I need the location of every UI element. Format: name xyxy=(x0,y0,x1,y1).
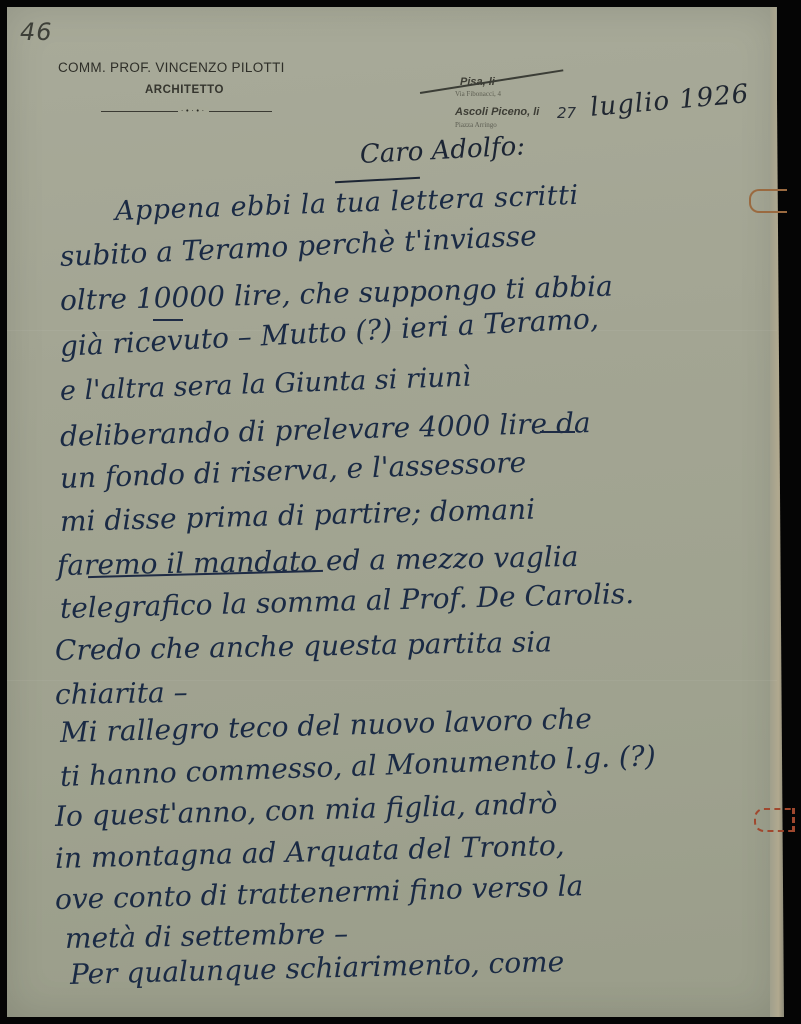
underline-10000 xyxy=(153,319,183,321)
scanned-letter: 46 COMM. PROF. VINCENZO PILOTTI ARCHITET… xyxy=(0,0,801,1024)
location-pisa-street: Via Fibonacci, 4 xyxy=(455,90,501,98)
letterhead-name: COMM. PROF. VINCENZO PILOTTI xyxy=(58,60,285,75)
body-line: metà di settembre – xyxy=(65,917,349,955)
paper-right-edge xyxy=(770,7,784,1017)
location-ascoli-street: Piazza Arringo xyxy=(455,121,497,129)
paperclip-mark-top xyxy=(749,189,787,213)
letterhead-title: ARCHITETTO xyxy=(145,84,224,96)
date-day: 27 xyxy=(557,104,576,122)
location-ascoli: Ascoli Piceno, li xyxy=(455,106,539,118)
letterhead-ornament: ·•·•· xyxy=(178,107,209,115)
paperclip-mark-bottom xyxy=(754,808,795,832)
underline-4000 xyxy=(540,431,575,433)
archive-number: 46 xyxy=(20,18,53,46)
body-line: chiarita – xyxy=(55,676,188,711)
